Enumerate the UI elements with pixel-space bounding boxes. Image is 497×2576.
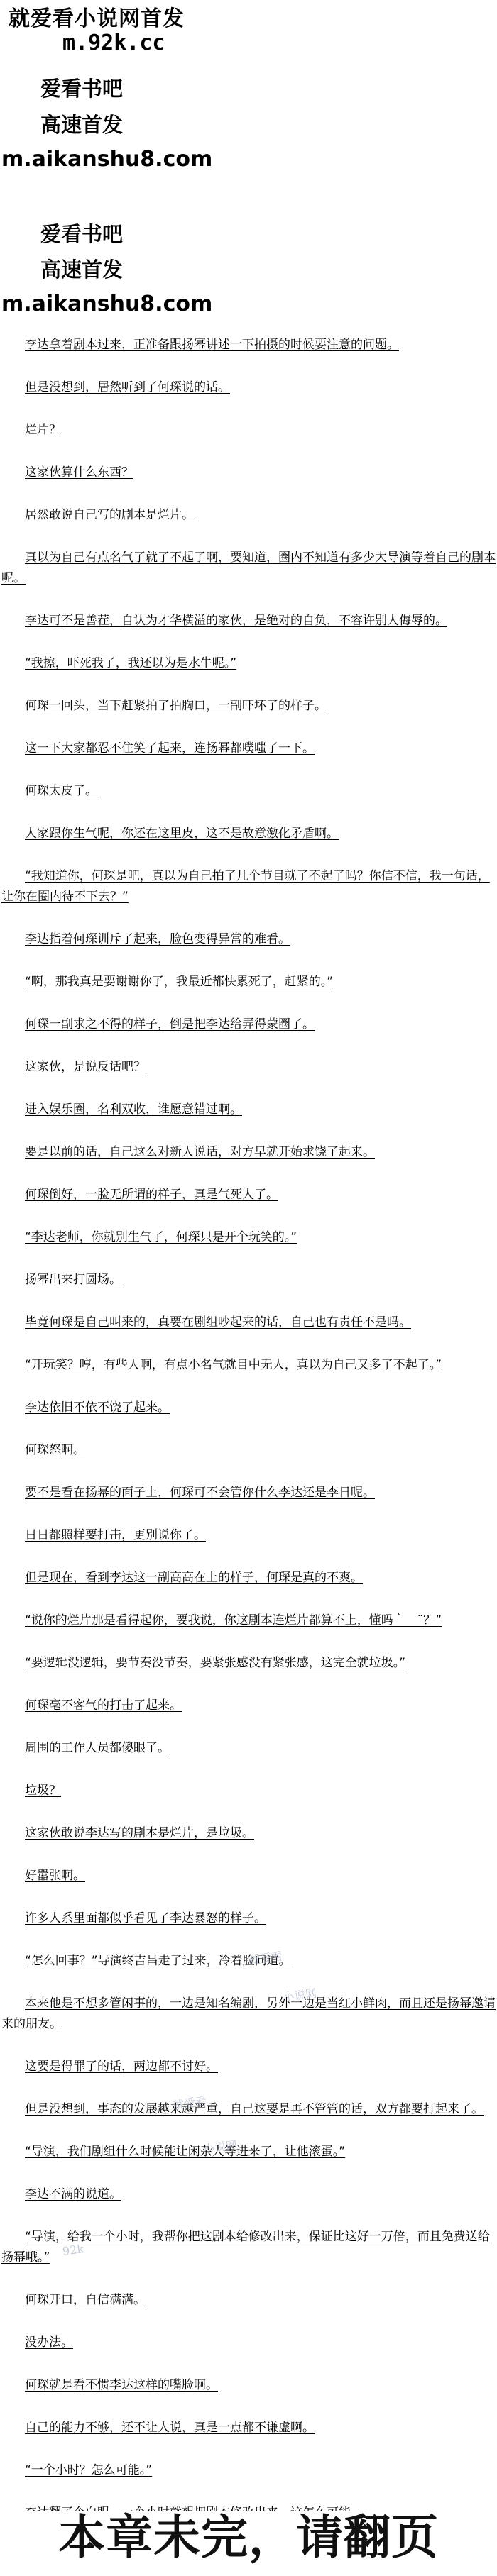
paragraph: 这家伙算什么东西？ xyxy=(1,463,496,483)
paragraph: “我知道你，何琛是吧，真以为自己拍了几个节目就了不起了吗？你信不信，我一句话，让… xyxy=(1,866,496,907)
paragraph: 何琛一回头，当下赶紧拍了拍胸口，一副吓坏了的样子。 xyxy=(1,696,496,717)
paragraph: 许多人系里面都似乎看见了李达暴怒的样子。 xyxy=(1,1908,496,1929)
paragraph: 这要是得罪了的话，两边都不讨好。 xyxy=(1,2057,496,2077)
promo-site-name: 爱看书吧 xyxy=(40,223,123,245)
paragraph: 何琛毫不客气的打击了起来。 xyxy=(1,1696,496,1716)
paragraph: “一个小时？怎么可能。” xyxy=(1,2460,496,2481)
promo-url: m.aikanshu8.com xyxy=(1,148,212,171)
paragraph: “导演，我们剧组什么时候能让闲杂人等进来了，让他滚蛋。” xyxy=(1,2142,496,2162)
paragraph: 这家伙，是说反话吧？ xyxy=(1,1057,496,1078)
paragraph: 要是以前的话，自己这么对新人说话，对方早就开始求饶了起来。 xyxy=(1,1142,496,1163)
paragraph: 这家伙敢说李达写的剧本是烂片，是垃圾。 xyxy=(1,1823,496,1844)
paragraph: “李达老师，你就别生气了，何琛只是开个玩笑的。” xyxy=(1,1227,496,1248)
paragraph: “啊，那我真是要谢谢你了，我最近都快累死了，赶紧的。” xyxy=(1,972,496,993)
paragraph: 何琛开口，自信满满。 xyxy=(1,2290,496,2311)
paragraph: 但是没想到，居然听到了何琛说的话。 xyxy=(1,377,496,398)
paragraph: 李达拿着剧本过来，正准备跟扬幂讲述一下拍摄的时候要注意的问题。 xyxy=(1,335,496,355)
promo-tagline: 高速首发 xyxy=(40,259,123,281)
chapter-unfinished-notice: 本章未完，请翻页 xyxy=(0,2511,497,2564)
promo-tagline: 高速首发 xyxy=(40,114,123,136)
paragraph: 毕竟何琛是自己叫来的，真要在剧组吵起来的话，自己也有责任不是吗。 xyxy=(1,1312,496,1333)
paragraph: 日日都照样要打击，更别说你了。 xyxy=(1,1525,496,1546)
paragraph: 居然敢说自己写的剧本是烂片。 xyxy=(1,505,496,526)
paragraph: 本来他是不想多管闲事的，一边是知名编剧，另外一边是当红小鲜肉，而且还是扬幂邀请来… xyxy=(1,1994,496,2035)
paragraph: 李达可不是善茬，自认为才华横溢的家伙，是绝对的自负，不容许别人侮辱的。 xyxy=(1,611,496,631)
paragraph: 人家跟你生气呢，你还在这里皮，这不是故意激化矛盾啊。 xyxy=(1,824,496,844)
promo-site-name: 爱看书吧 xyxy=(40,78,123,100)
paragraph: 何琛倒好，一脸无所谓的样子，真是气死人了。 xyxy=(1,1185,496,1205)
paragraph: 要不是看在扬幂的面子上，何琛可不会管你什么李达还是李日呢。 xyxy=(1,1483,496,1503)
paragraph: 李达不满的说道。 xyxy=(1,2184,496,2205)
paragraph: “要逻辑没逻辑，要节奏没节奏，要紧张感没有紧张感，这完全就垃圾。” xyxy=(1,1653,496,1674)
paragraph: 烂片？ xyxy=(1,420,496,441)
paragraph: 真以为自己有点名气了就了不起了啊，要知道，圈内不知道有多少大导演等着自己的剧本呢… xyxy=(1,548,496,589)
paragraph: 这一下大家都忍不住笑了起来，连扬幂都噗嗤了一下。 xyxy=(1,739,496,759)
paragraph: 好嚣张啊。 xyxy=(1,1866,496,1886)
paragraph: 没办法。 xyxy=(1,2333,496,2353)
paragraph: 但是现在，看到李达这一副高高在上的样子，何琛是真的不爽。 xyxy=(1,1568,496,1588)
paragraph: 自己的能力不够，还不让人说，真是一点都不谦虚啊。 xyxy=(1,2418,496,2438)
paragraph: 进入娱乐圈，名利双收，谁愿意错过啊。 xyxy=(1,1100,496,1120)
paragraph: “说你的烂片那是看得起你，要我说，你这剧本连烂片都算不上，懂吗｀ ¨？” xyxy=(1,1610,496,1631)
paragraph: “开玩笑？哼，有些人啊，有点小名气就目中无人，真以为自己又多了不起了。” xyxy=(1,1355,496,1376)
promo-url: m.aikanshu8.com xyxy=(1,293,212,316)
paragraph: 垃圾？ xyxy=(1,1781,496,1801)
paragraph: “我擦，吓死我了，我还以为是水牛呢。” xyxy=(1,653,496,674)
chapter-paragraphs: 李达拿着剧本过来，正准备跟扬幂讲述一下拍摄的时候要注意的问题。但是没想到，居然听… xyxy=(1,335,496,2511)
paragraph: 但是没想到，事态的发展越来越严重，自己这要是再不管管的话，双方都要打起来了。 xyxy=(1,2099,496,2120)
site-watermark-url: m.92k.cc xyxy=(62,31,165,55)
paragraph: 何琛就是看不惯李达这样的嘴脸啊。 xyxy=(1,2375,496,2396)
paragraph: 扬幂出来打圆场。 xyxy=(1,1270,496,1290)
paragraph: 李达指着何琛训斥了起来，脸色变得异常的难看。 xyxy=(1,929,496,950)
paragraph: 何琛太皮了。 xyxy=(1,781,496,802)
paragraph: “怎么回事？”导演终吉昌走了过来，冷着脸问道。 xyxy=(1,1951,496,1972)
paragraph: 李达依旧不依不饶了起来。 xyxy=(1,1398,496,1418)
site-watermark-text: 就爱看小说网首发 xyxy=(9,7,185,31)
paragraph: 何琛一副求之不得的样子，倒是把李达给弄得蒙圈了。 xyxy=(1,1015,496,1035)
novel-reader-page: 就爱看小说网首发 m.92k.cc 爱看书吧 高速首发 m.aikanshu8.… xyxy=(0,0,497,2576)
paragraph: 何琛怒啊。 xyxy=(1,1440,496,1461)
paragraph: “导演，给我一个小时，我帮你把这剧本给修改出来，保证比这好一万倍，而且免费送给扬… xyxy=(1,2227,496,2268)
paragraph: 周围的工作人员都傻眼了。 xyxy=(1,1738,496,1759)
